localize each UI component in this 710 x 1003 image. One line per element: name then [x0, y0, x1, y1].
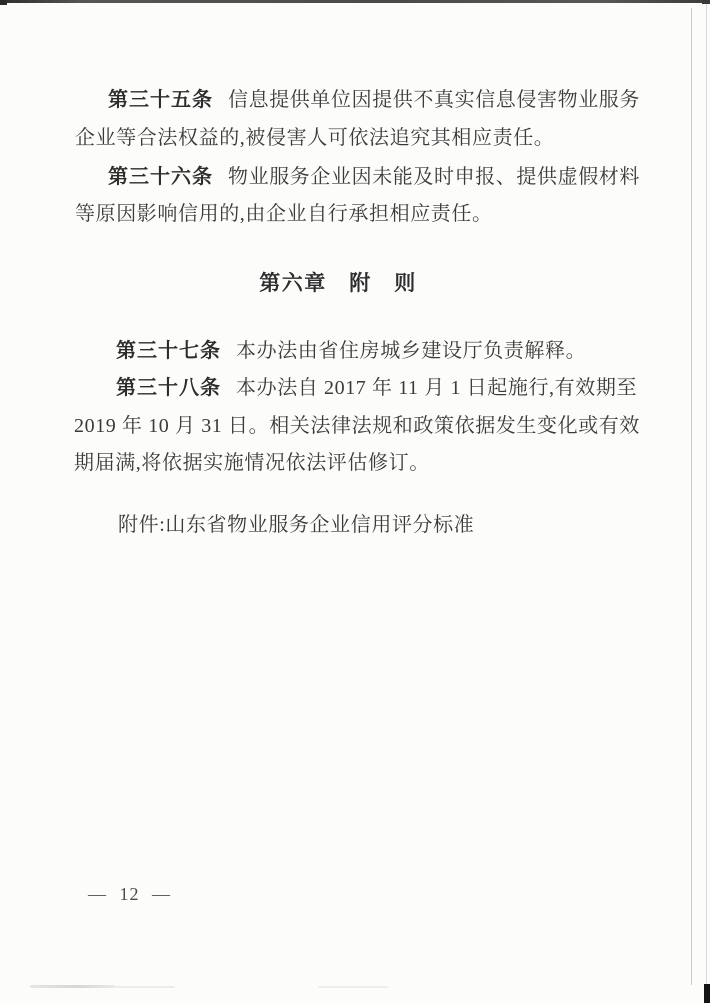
scan-bottom-smudge: [318, 986, 388, 988]
chapter-heading: 第六章 附 则: [0, 267, 676, 297]
attachment-line: 附件:山东省物业服务企业信用评分标准: [118, 514, 474, 536]
document-page: 第三十五条信息提供单位因提供不真实信息侵害物业服务 企业等合法权益的,被侵害人可…: [0, 0, 710, 1003]
article-37-text: 本办法由省住房城乡建设厅负责解释。: [236, 340, 586, 362]
scan-bottom-smudge: [30, 985, 115, 988]
scan-bottom-smudge: [115, 986, 175, 988]
page-number: — 12 —: [88, 884, 171, 905]
article-38-line-3: 期届满,将依据实施情况依法评估修订。: [74, 452, 430, 474]
article-36-line-1: 第三十六条物业服务企业因未能及时申报、提供虚假材料: [108, 166, 640, 188]
article-38-line-2: 2019 年 10 月 31 日。相关法律法规和政策依据发生变化或有效: [74, 415, 640, 437]
article-35-text: 信息提供单位因提供不真实信息侵害物业服务: [228, 89, 640, 111]
article-37-number: 第三十七条: [116, 340, 221, 362]
article-36-number: 第三十六条: [108, 166, 213, 188]
scan-right-edge-line-outer: [706, 4, 707, 1003]
article-38-number: 第三十八条: [116, 377, 221, 399]
scan-bottom-right-bar: [704, 984, 710, 1003]
article-35-line-2: 企业等合法权益的,被侵害人可依法追究其相应责任。: [75, 127, 554, 149]
scan-top-edge-line: [0, 0, 710, 3]
article-36-line-2: 等原因影响信用的,由企业自行承担相应责任。: [75, 203, 493, 225]
scan-top-left-mark: [0, 0, 7, 5]
article-37-line-1: 第三十七条本办法由省住房城乡建设厅负责解释。: [116, 340, 586, 362]
scan-right-edge-line-inner: [691, 8, 692, 985]
article-38-line-1: 第三十八条本办法自 2017 年 11 月 1 日起施行,有效期至: [116, 377, 637, 399]
article-36-text: 物业服务企业因未能及时申报、提供虚假材料: [228, 166, 640, 188]
article-35-number: 第三十五条: [108, 89, 213, 111]
article-38-text: 本办法自 2017 年 11 月 1 日起施行,有效期至: [236, 377, 637, 399]
article-35-line-1: 第三十五条信息提供单位因提供不真实信息侵害物业服务: [108, 89, 640, 111]
